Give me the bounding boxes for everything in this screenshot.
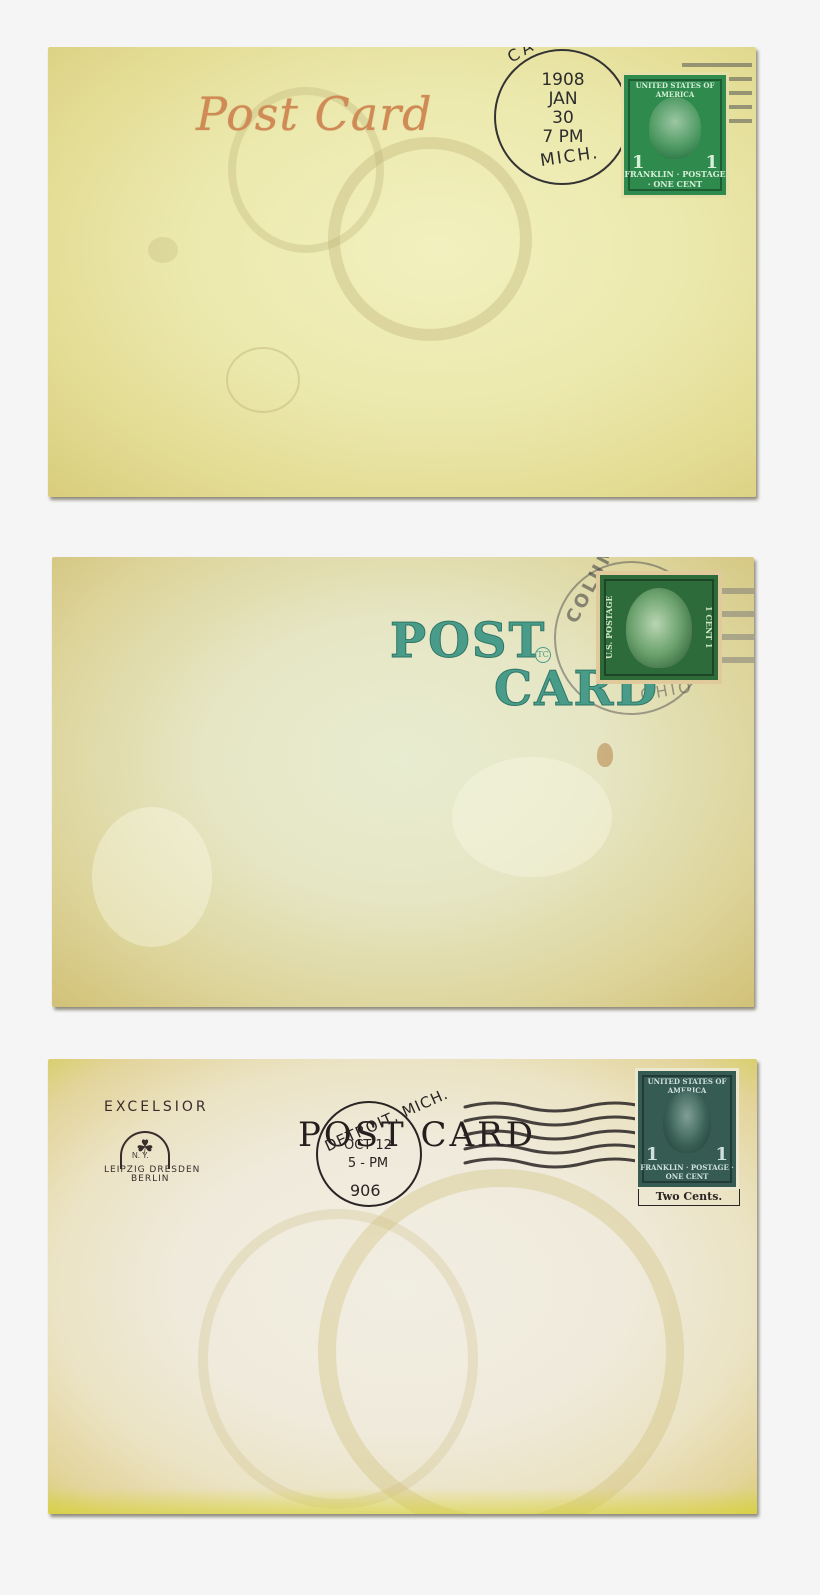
postage-stamp: U.S. POSTAGE 1 CENT 1: [600, 575, 718, 680]
postage-stamp: UNITED STATES OF AMERICA 1 1 FRANKLIN · …: [638, 1071, 736, 1187]
stamp-denomination: 1: [715, 1144, 728, 1165]
stamp-right-text: 1 CENT 1: [700, 585, 714, 670]
franklin-portrait-icon: [663, 1091, 711, 1153]
franklin-portrait-icon: [626, 588, 692, 668]
yellow-edge-wash: [48, 1488, 757, 1514]
postcard-3: EXCELSIOR ☘ N. Y. LEIPZIG DRESDEN BERLIN…: [48, 1059, 757, 1514]
stamp-bottom-text: FRANKLIN · POSTAGE · ONE CENT: [624, 169, 726, 189]
postage-stamp: UNITED STATES OF AMERICA 1 1 FRANKLIN · …: [624, 75, 726, 195]
water-spot-stain: [452, 757, 612, 877]
postmark-day: 30: [528, 109, 598, 128]
publisher-logo-city-bottom: BERLIN: [131, 1174, 170, 1184]
publisher-logo-name: EXCELSIOR: [104, 1099, 209, 1115]
postcard-1: Post Card CARLETON 1908 JAN 30 7 PM MICH…: [48, 47, 756, 497]
water-spot-stain: [92, 807, 212, 947]
postmark-time: 5 - PM: [338, 1155, 398, 1173]
postcard-title: Post Card: [196, 87, 433, 141]
coffee-ring-stain: [318, 1169, 684, 1514]
coffee-ring-stain: [328, 137, 532, 341]
stamp-bottom-text: FRANKLIN · POSTAGE · ONE CENT: [638, 1163, 736, 1181]
postcard-2: COLUMBIA ST. OHIO POST TC CARD U.S. POST…: [52, 557, 754, 1007]
franklin-portrait-icon: [649, 97, 701, 159]
stamp-denomination: 1: [646, 1144, 659, 1165]
water-spot-stain: [148, 237, 178, 263]
publisher-logo-location: N. Y.: [132, 1151, 149, 1160]
postmark-day: OCT 12: [338, 1137, 398, 1155]
postmark-month: JAN: [528, 90, 598, 109]
stamp-label: Two Cents.: [638, 1189, 740, 1206]
postmark-date: OCT 12 5 - PM: [338, 1137, 398, 1173]
coffee-ring-stain: [198, 1209, 478, 1509]
postmark-year: 906: [350, 1181, 381, 1200]
brown-stain: [597, 743, 613, 767]
water-spot-stain: [226, 347, 300, 413]
postmark-date: 1908 JAN 30 7 PM: [528, 71, 598, 147]
stamp-left-text: U.S. POSTAGE: [604, 585, 618, 670]
postmark-year: 1908: [528, 71, 598, 90]
